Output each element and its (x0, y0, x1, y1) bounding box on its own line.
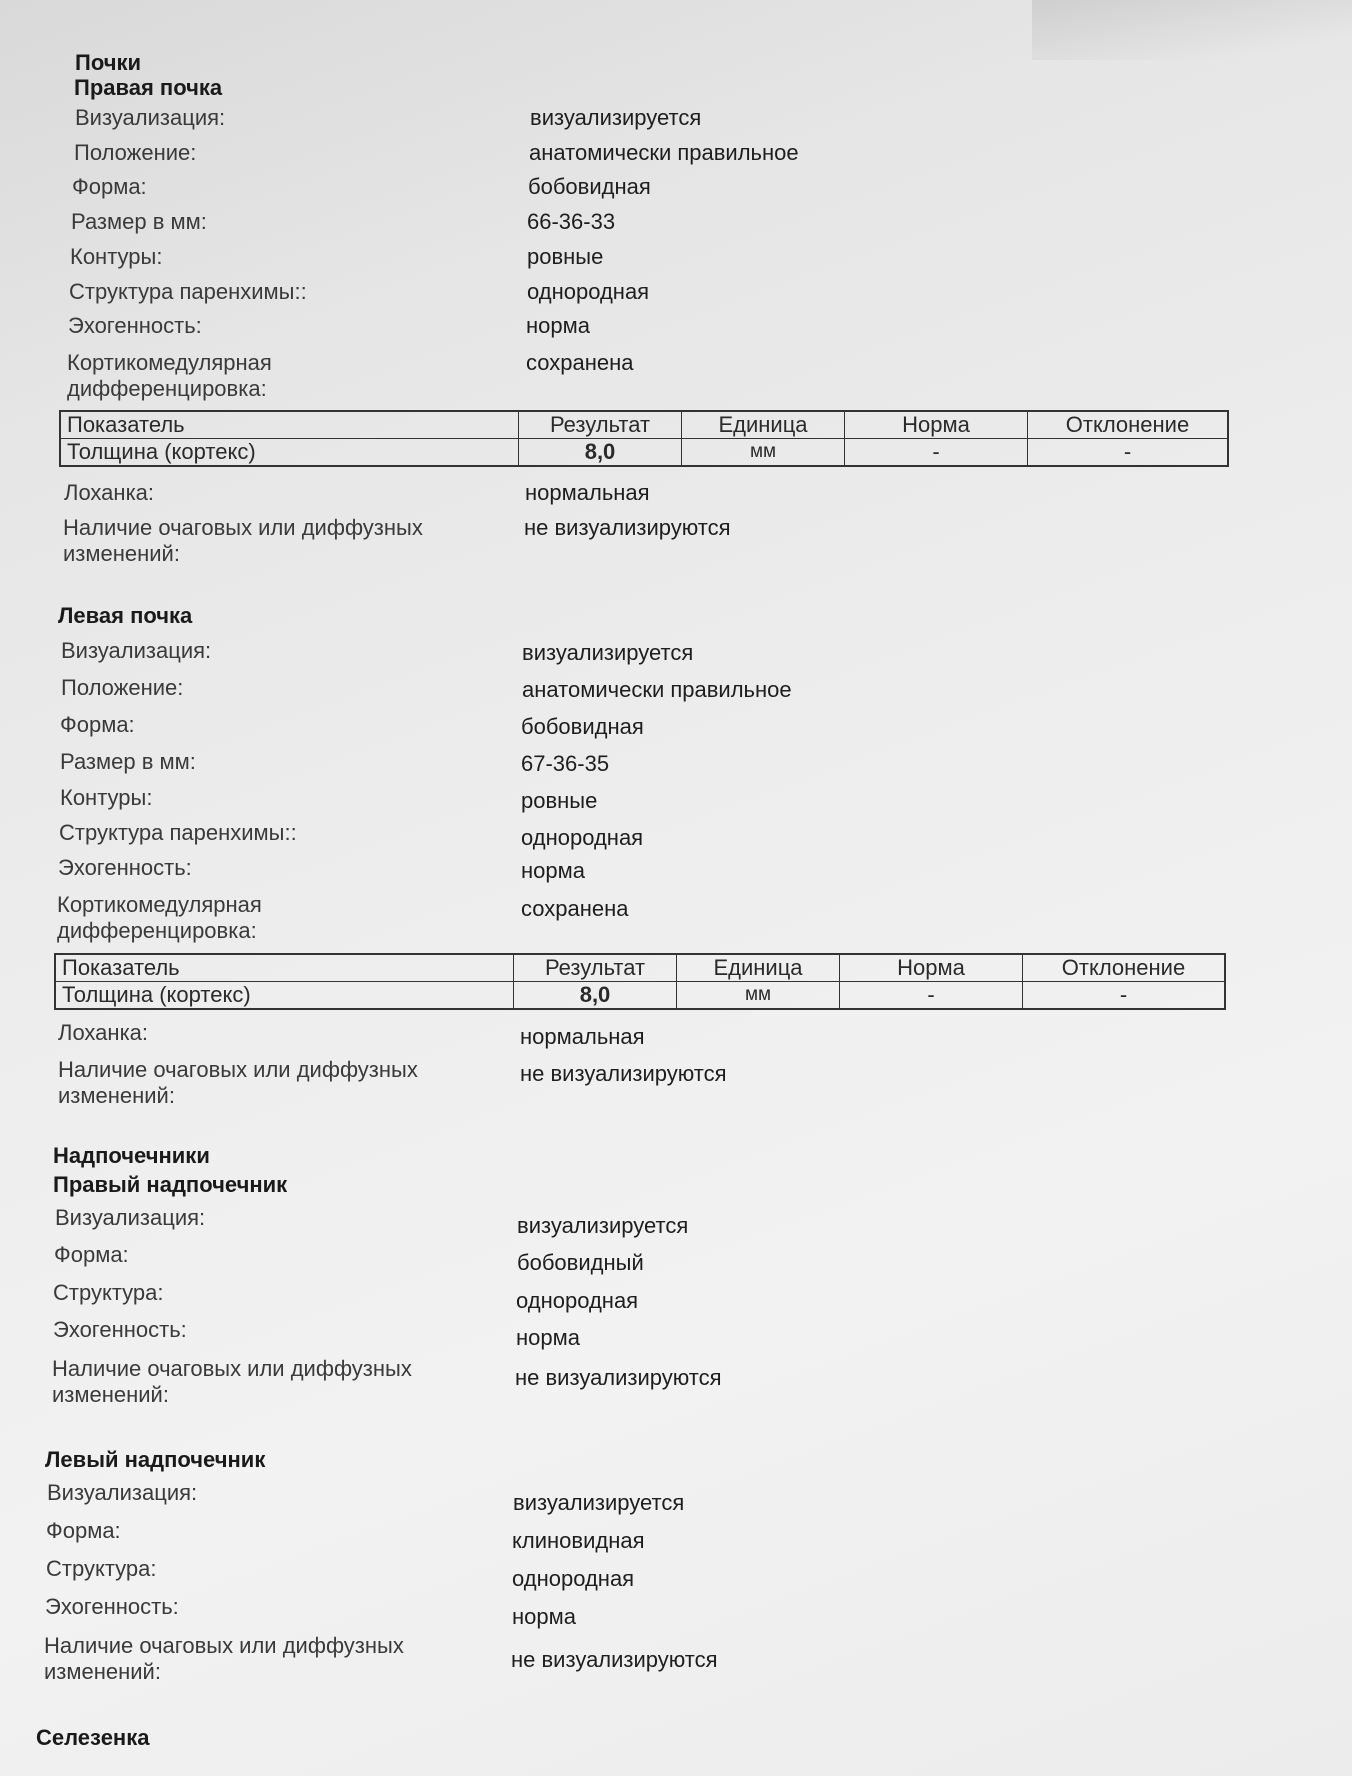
field-value: не визуализируются (520, 1061, 727, 1087)
table-row: Толщина (кортекс) 8,0 мм - - (55, 982, 1225, 1010)
field-value: анатомически правильное (529, 140, 799, 166)
field-value: сохранена (526, 350, 633, 376)
field-label: Эхогенность: (68, 313, 202, 339)
field-label: Размер в мм: (60, 749, 196, 775)
field-label: Визуализация: (75, 105, 225, 131)
table-header-row: Показатель Результат Единица Норма Откло… (60, 411, 1228, 439)
section-title-adrenals: Надпочечники (53, 1143, 210, 1169)
field-value: нормальная (525, 480, 650, 506)
report-page: Почки Правая почка Визуализация: визуали… (0, 0, 1352, 1776)
subsection-title-left-kidney: Левая почка (58, 603, 192, 629)
field-label: Наличие очаговых или диффузных изменений… (52, 1356, 412, 1408)
subsection-title-right-adrenal: Правый надпочечник (53, 1172, 287, 1198)
field-label: Форма: (60, 712, 135, 738)
field-value: визуализируется (530, 105, 701, 131)
field-value: норма (512, 1604, 576, 1630)
section-title-spleen: Селезенка (36, 1725, 149, 1751)
field-label: Структура: (46, 1556, 156, 1582)
field-value: визуализируется (513, 1490, 684, 1516)
field-value: однородная (521, 825, 643, 851)
field-value: сохранена (521, 896, 628, 922)
field-label: Структура: (53, 1280, 163, 1306)
field-value: однородная (516, 1288, 638, 1314)
left-kidney-indicator-table: Показатель Результат Единица Норма Откло… (54, 953, 1226, 1010)
field-label: Наличие очаговых или диффузных изменений… (63, 515, 423, 567)
field-value: норма (526, 313, 590, 339)
field-value: бобовидная (528, 174, 651, 200)
field-value: не визуализируются (524, 515, 731, 541)
field-value: анатомически правильное (522, 677, 792, 703)
field-value: однородная (512, 1566, 634, 1592)
field-value: однородная (527, 279, 649, 305)
field-value: клиновидная (512, 1528, 645, 1554)
field-value: бобовидный (517, 1250, 644, 1276)
field-label: Структура паренхимы:: (59, 820, 297, 846)
section-title-kidneys: Почки (75, 50, 141, 76)
field-value: ровные (527, 244, 603, 270)
field-label: Эхогенность: (45, 1594, 179, 1620)
field-label: Эхогенность: (58, 855, 192, 881)
field-value: не визуализируются (515, 1365, 722, 1391)
field-label: Положение: (61, 675, 183, 701)
field-value: 66-36-33 (527, 209, 615, 235)
field-label: Кортикомедулярная дифференцировка: (57, 892, 262, 944)
field-value: визуализируется (522, 640, 693, 666)
field-label: Положение: (74, 140, 196, 166)
field-value: не визуализируются (511, 1647, 718, 1673)
field-value: ровные (521, 788, 597, 814)
field-label: Лоханка: (58, 1020, 148, 1046)
field-label: Форма: (72, 174, 147, 200)
field-label: Визуализация: (47, 1480, 197, 1506)
field-label: Форма: (54, 1242, 129, 1268)
field-value: норма (516, 1325, 580, 1351)
field-value: бобовидная (521, 714, 644, 740)
page-shadow (1032, 0, 1352, 60)
field-value: визуализируется (517, 1213, 688, 1239)
field-label: Лоханка: (64, 480, 154, 506)
field-label: Визуализация: (55, 1205, 205, 1231)
field-label: Форма: (46, 1518, 121, 1544)
table-header-row: Показатель Результат Единица Норма Откло… (55, 954, 1225, 982)
field-label: Контуры: (70, 244, 162, 270)
field-label: Кортикомедулярная дифференцировка: (67, 350, 272, 402)
field-value: норма (521, 858, 585, 884)
table-row: Толщина (кортекс) 8,0 мм - - (60, 439, 1228, 467)
field-label: Контуры: (60, 785, 152, 811)
field-label: Структура паренхимы:: (69, 279, 307, 305)
field-label: Визуализация: (61, 638, 211, 664)
field-label: Эхогенность: (53, 1317, 187, 1343)
field-label: Наличие очаговых или диффузных изменений… (44, 1633, 404, 1685)
subsection-title-left-adrenal: Левый надпочечник (45, 1447, 265, 1473)
field-value: нормальная (520, 1024, 645, 1050)
right-kidney-indicator-table: Показатель Результат Единица Норма Откло… (59, 410, 1229, 467)
field-value: 67-36-35 (521, 751, 609, 777)
field-label: Наличие очаговых или диффузных изменений… (58, 1057, 418, 1109)
field-label: Размер в мм: (71, 209, 207, 235)
subsection-title-right-kidney: Правая почка (74, 75, 222, 101)
